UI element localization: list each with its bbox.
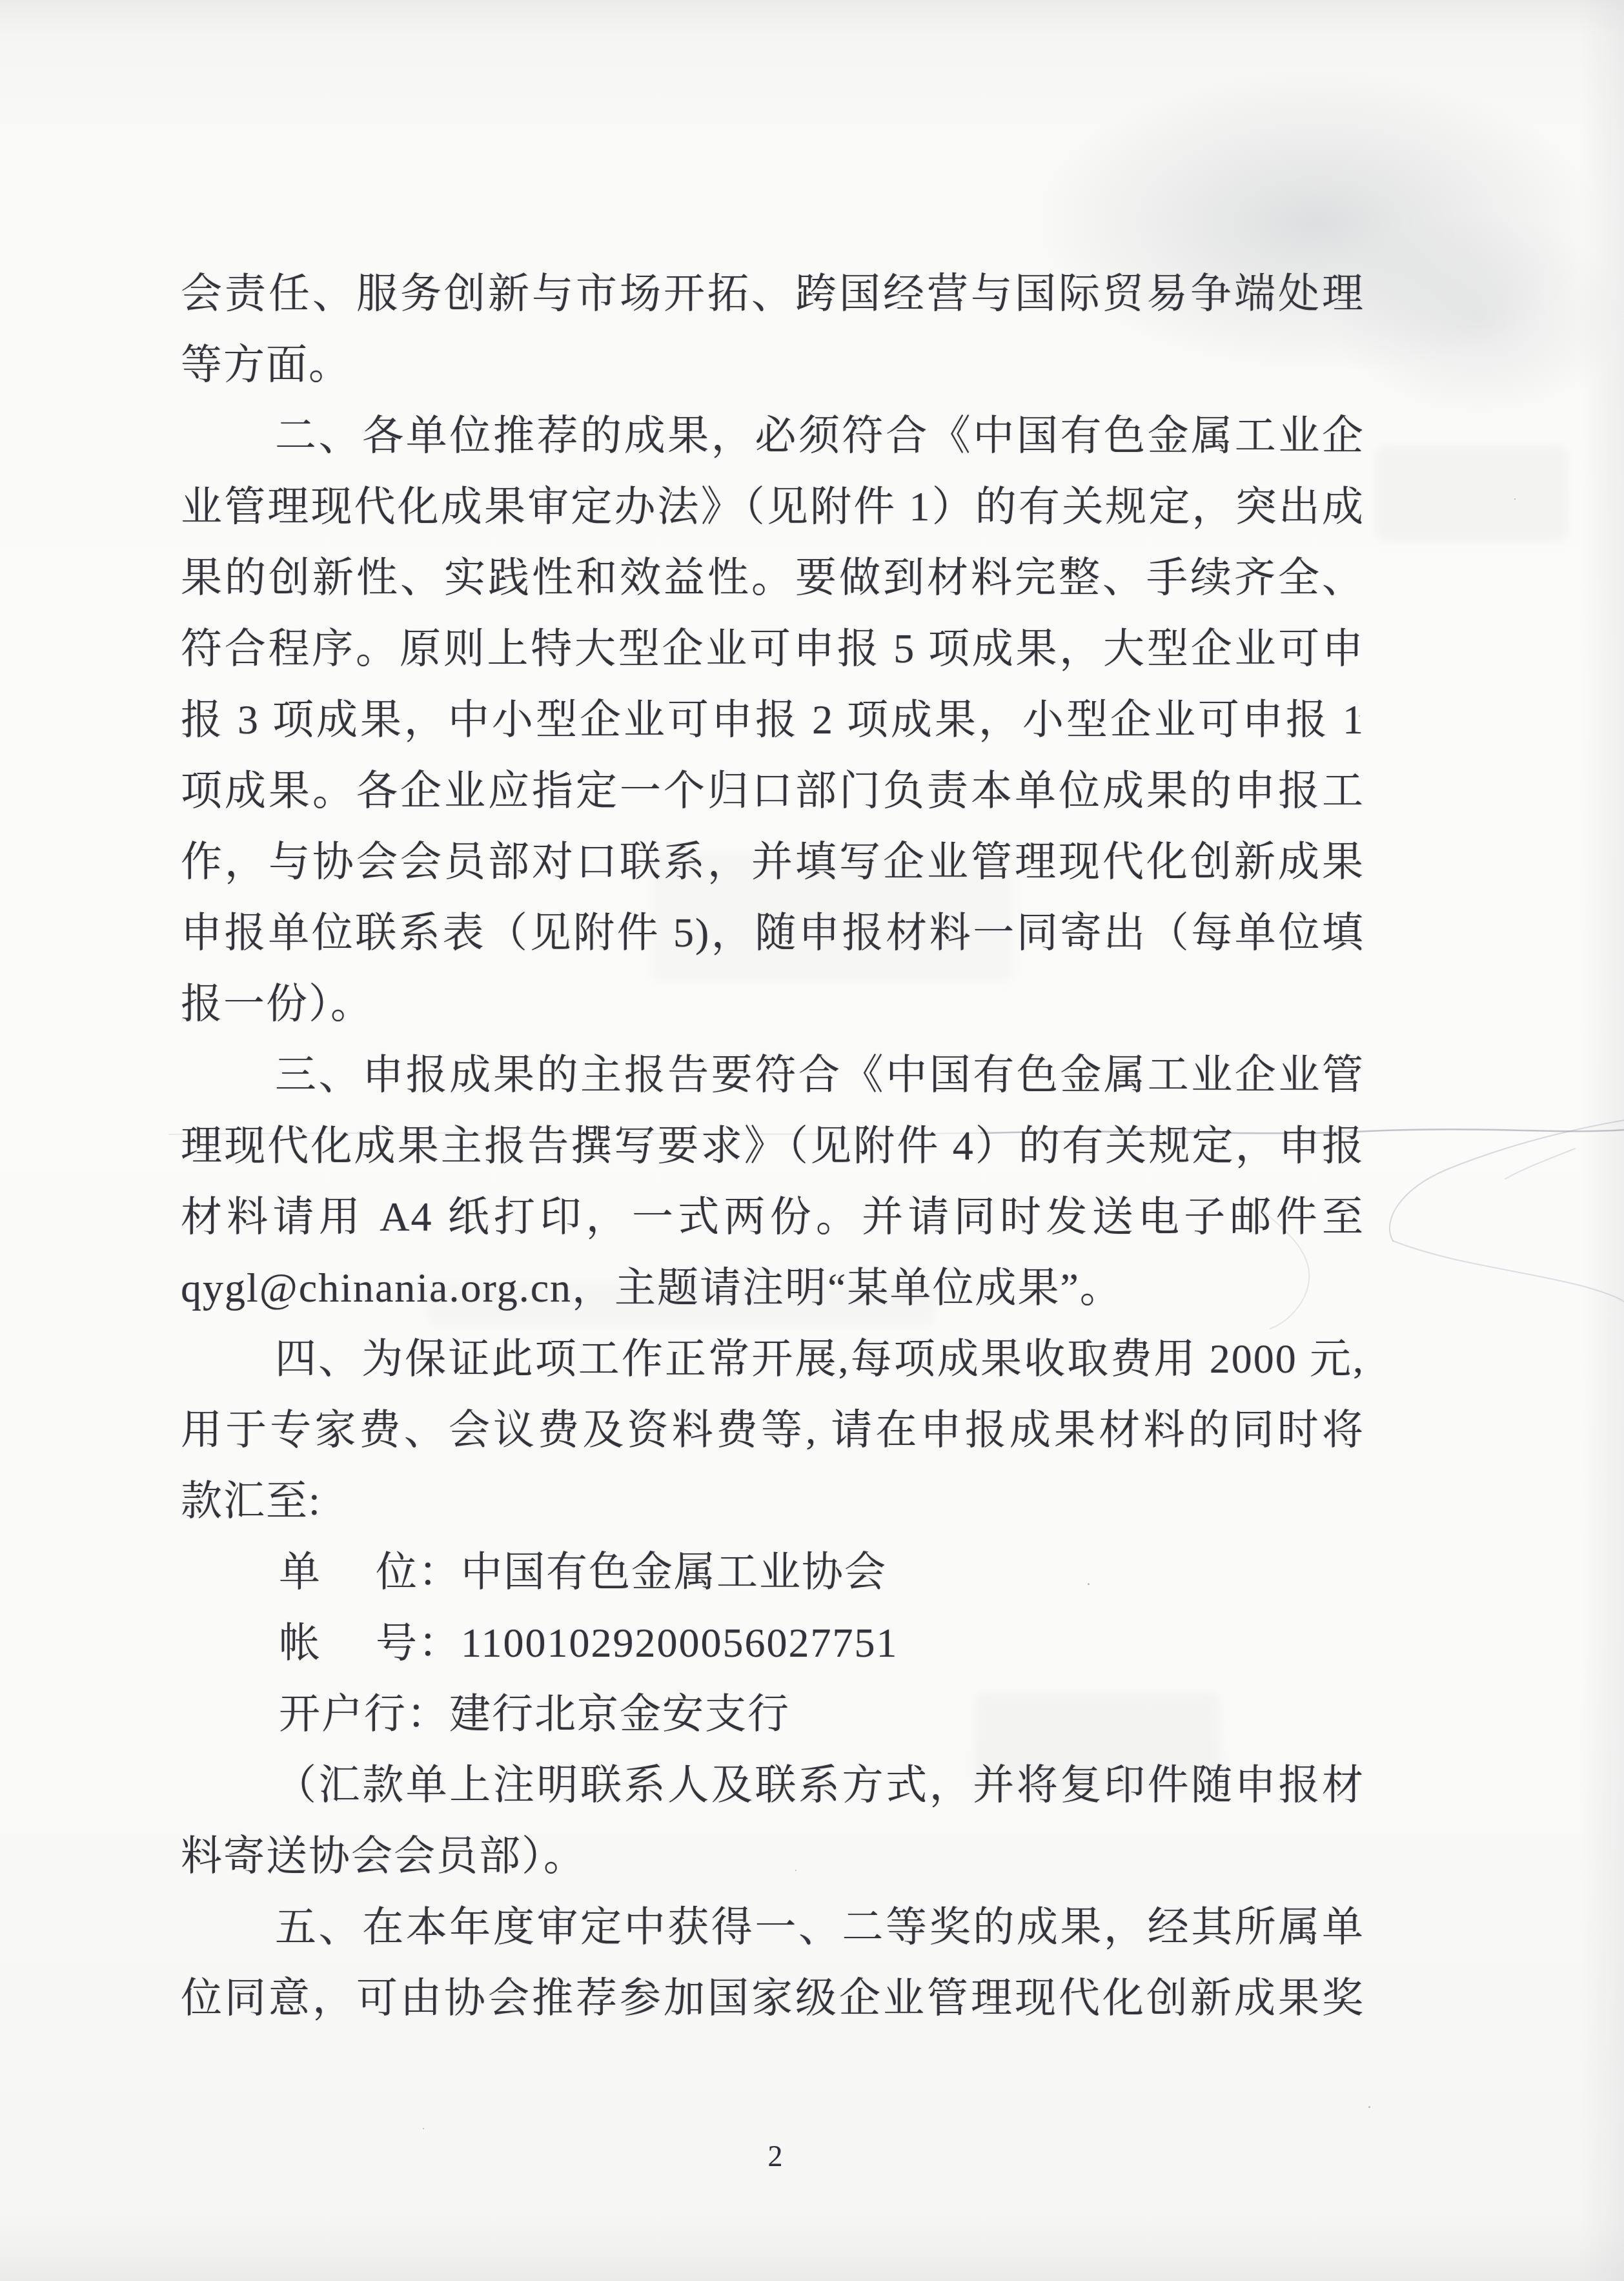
text-line: 符合程序。原则上特大型企业可申报 5 项成果，大型企业可申 (181, 613, 1365, 684)
scan-speckle (423, 2128, 424, 2129)
text-line: 材料请用 A4 纸打印，一式两份。并请同时发送电子邮件至 (181, 1181, 1365, 1253)
scan-shadow-top (0, 0, 1624, 36)
remit-unit-line: 单 位：中国有色金属工业协会 (181, 1537, 1365, 1608)
text-line: 项成果。各企业应指定一个归口部门负责本单位成果的申报工 (181, 755, 1365, 826)
document-text: 会责任、服务创新与市场开拓、跨国经营与国际贸易争端处理 等方面。 二、各单位推荐… (181, 258, 1365, 2034)
text-line: 等方面。 (181, 329, 1365, 400)
email-line: qygl@chinania.org.cn，主题请注明“某单位成果”。 (181, 1253, 1365, 1324)
text-line: 果的创新性、实践性和效益性。要做到材料完整、手续齐全、 (181, 542, 1365, 613)
text-line: 款汇至: (181, 1466, 1365, 1537)
bleedthrough-mark (1375, 445, 1568, 542)
remit-account-line: 帐 号：11001029200056027751 (181, 1608, 1365, 1679)
text-line: 位同意，可由协会推荐参加国家级企业管理现代化创新成果奖 (181, 1963, 1365, 2034)
text-line: 会责任、服务创新与市场开拓、跨国经营与国际贸易争端处理 (181, 258, 1365, 329)
text-line: 申报单位联系表（见附件 5)，随申报材料一同寄出（每单位填 (181, 897, 1365, 968)
text-line: 报一份）。 (181, 968, 1365, 1039)
text-line: 业管理现代化成果审定办法》（见附件 1）的有关规定，突出成 (181, 471, 1365, 542)
text-line: 报 3 项成果，中小型企业可申报 2 项成果，小型企业可申报 1 (181, 684, 1365, 755)
text-line-item-5: 五、在本年度审定中获得一、二等奖的成果，经其所属单 (181, 1892, 1365, 1963)
text-line: （汇款单上注明联系人及联系方式，并将复印件随申报材 (181, 1750, 1365, 1821)
page-number: 2 (740, 2138, 811, 2174)
text-line-item-3: 三、申报成果的主报告要符合《中国有色金属工业企业管 (181, 1039, 1365, 1110)
text-line-item-2: 二、各单位推荐的成果，必须符合《中国有色金属工业企 (181, 400, 1365, 471)
scanned-document: { "doc": { "page_number": "2", "lines": … (0, 0, 1624, 2281)
text-line: 用于专家费、会议费及资料费等, 请在申报成果材料的同时将 (181, 1395, 1365, 1466)
document-page: 会责任、服务创新与市场开拓、跨国经营与国际贸易争端处理 等方面。 二、各单位推荐… (0, 0, 1624, 2281)
text-line-item-4: 四、为保证此项工作正常开展,每项成果收取费用 2000 元, (181, 1324, 1365, 1395)
scan-shadow-right-edge (1579, 0, 1624, 2281)
scan-shadow-topright-2 (1330, 213, 1624, 420)
text-line: 料寄送协会会员部）。 (181, 1821, 1365, 1892)
text-line: 作，与协会会员部对口联系，并填写企业管理现代化创新成果 (181, 826, 1365, 897)
remit-bank-line: 开户行：建行北京金安支行 (181, 1679, 1365, 1750)
scan-shadow-bottom (0, 2223, 1624, 2281)
text-line: 理现代化成果主报告撰写要求》（见附件 4）的有关规定，申报 (181, 1110, 1365, 1181)
scan-speckle (1368, 2106, 1370, 2108)
scan-speckle (1514, 498, 1516, 500)
